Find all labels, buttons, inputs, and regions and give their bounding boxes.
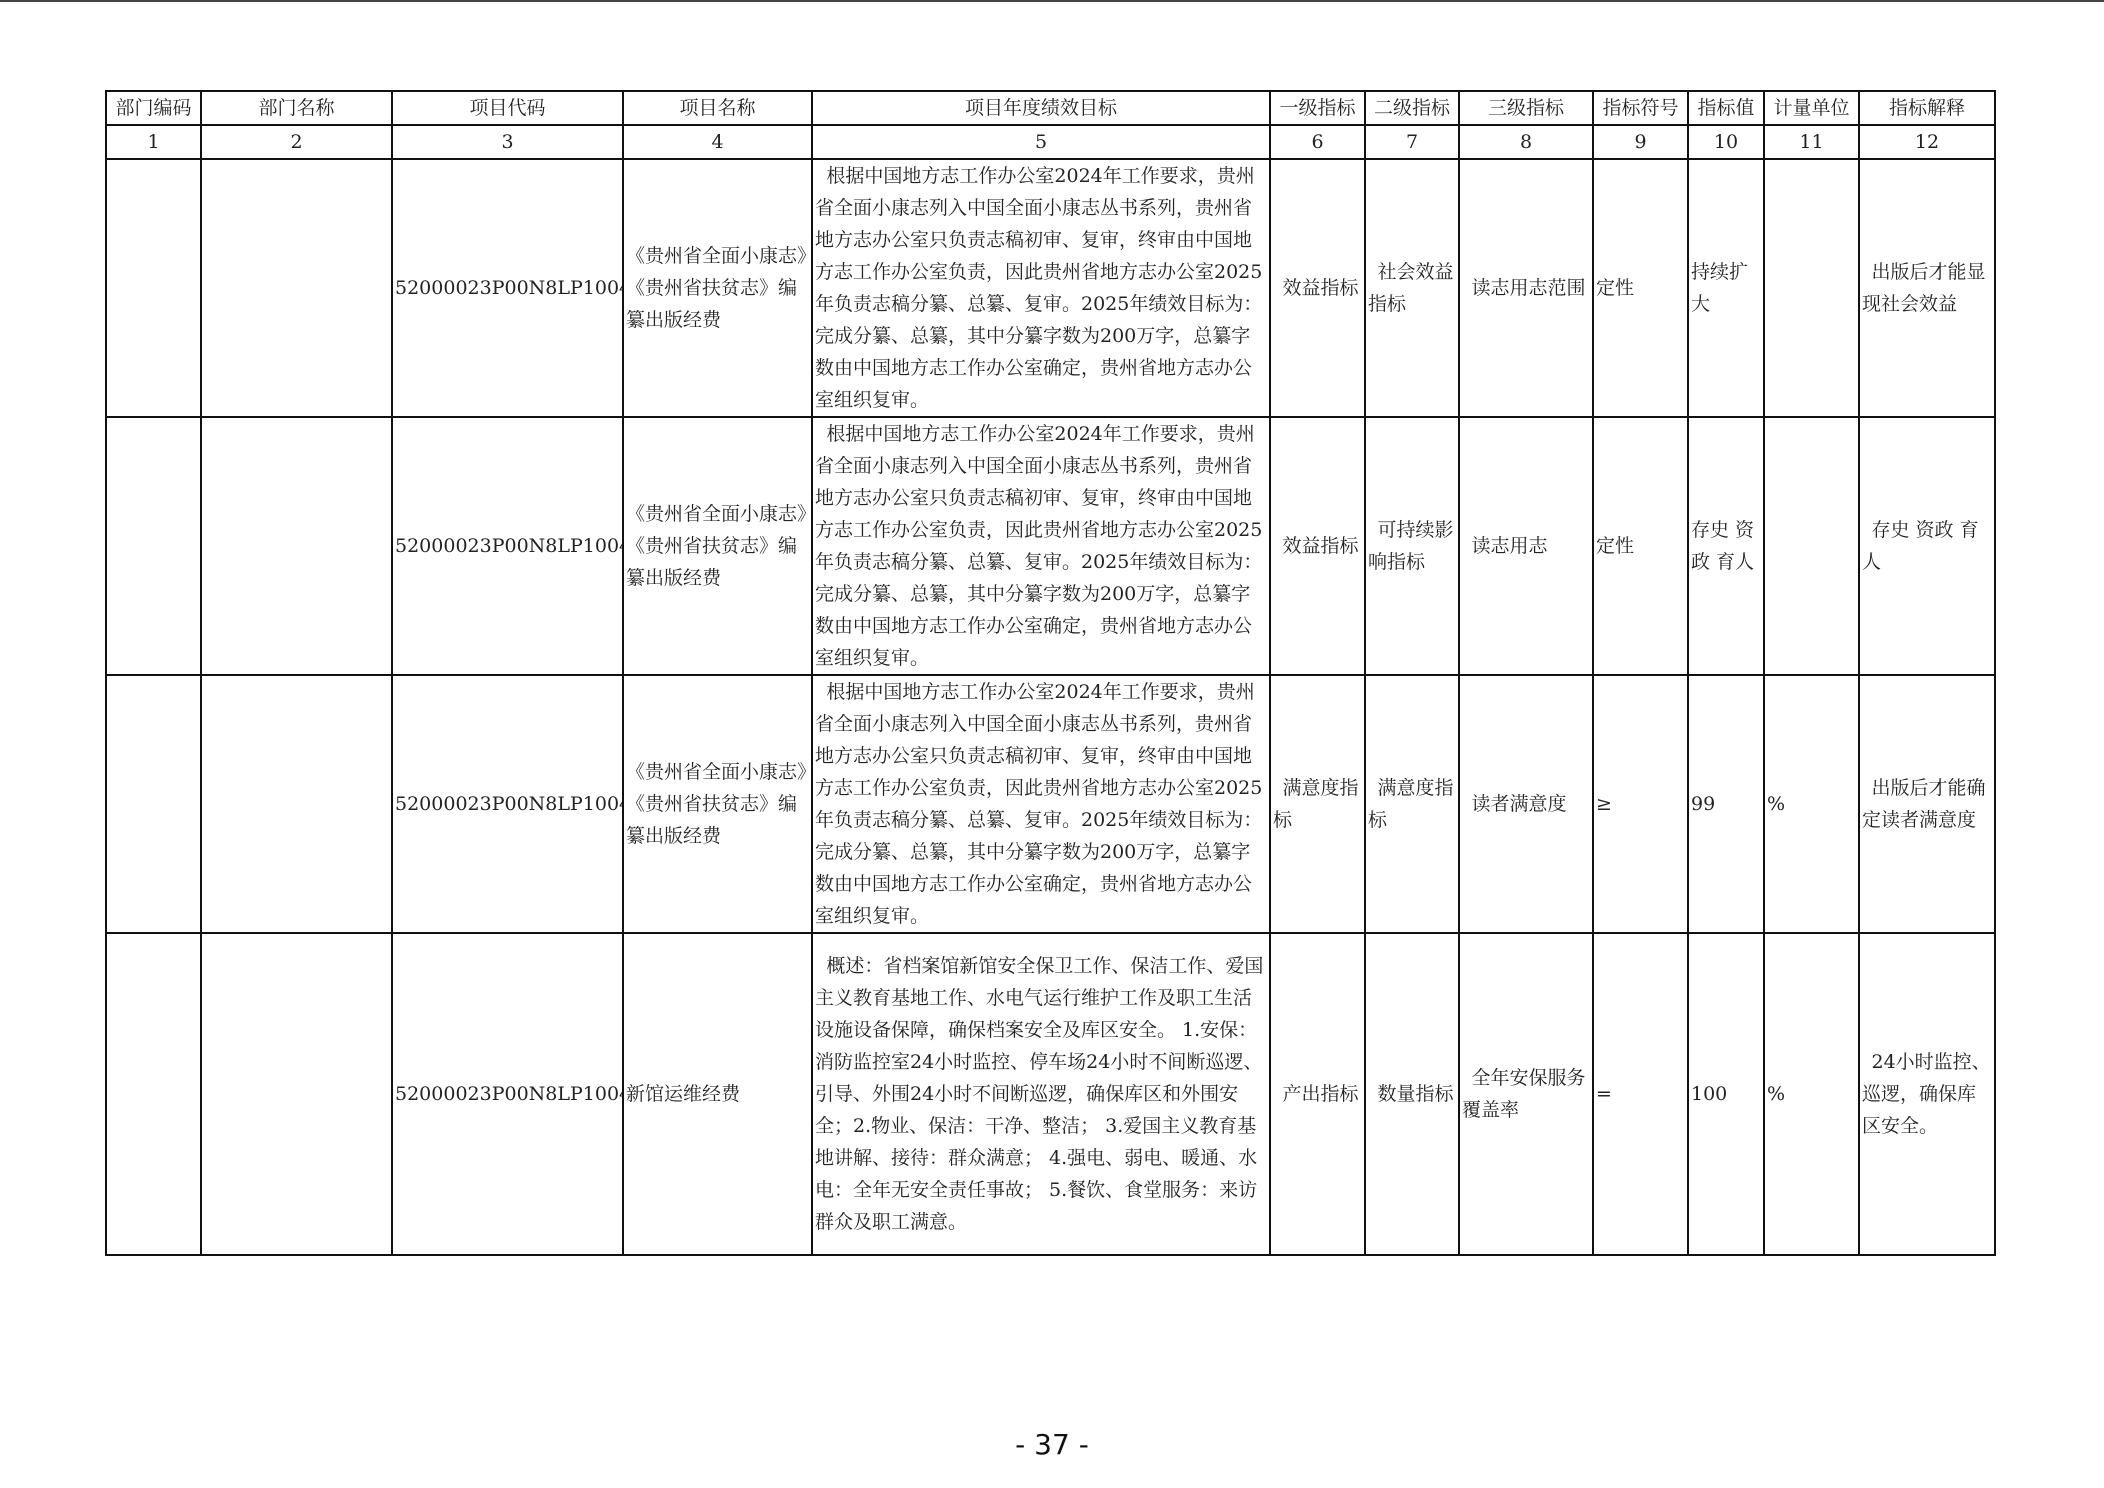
- indicator-value-cell: 99: [1688, 675, 1764, 933]
- header-project-code: 项目代码: [392, 91, 623, 125]
- table-row: 52000023P00N8LP10042L 《贵州省全面小康志》《贵州省扶贫志》…: [106, 675, 1995, 933]
- header-explanation: 指标解释: [1859, 91, 1995, 125]
- top-border-line: [0, 0, 2104, 2]
- indicator-symbol-cell: =: [1593, 933, 1688, 1255]
- column-number: 10: [1688, 125, 1764, 159]
- dept-name-cell: [201, 417, 392, 675]
- annual-goal-cell: 根据中国地方志工作办公室2024年工作要求，贵州省全面小康志列入中国全面小康志丛…: [812, 675, 1270, 933]
- indicator-symbol-cell: 定性: [1593, 417, 1688, 675]
- level1-indicator-cell: 效益指标: [1270, 417, 1365, 675]
- dept-code-cell: [106, 675, 201, 933]
- header-level1-indicator: 一级指标: [1270, 91, 1365, 125]
- performance-target-table: 部门编码 部门名称 项目代码 项目名称 项目年度绩效目标 一级指标 二级指标 三…: [105, 90, 1996, 1256]
- explanation-cell: 24小时监控、巡逻，确保库区安全。: [1859, 933, 1995, 1255]
- dept-name-cell: [201, 159, 392, 417]
- level3-indicator-cell: 读志用志范围: [1459, 159, 1593, 417]
- unit-cell: %: [1764, 933, 1859, 1255]
- dept-code-cell: [106, 159, 201, 417]
- header-unit: 计量单位: [1764, 91, 1859, 125]
- page-number: - 37 -: [0, 1428, 2104, 1461]
- project-code-cell: 52000023P00N8LP10042L: [392, 159, 623, 417]
- annual-goal-cell: 根据中国地方志工作办公室2024年工作要求，贵州省全面小康志列入中国全面小康志丛…: [812, 417, 1270, 675]
- table-row: 52000023P00N8LP10042L 《贵州省全面小康志》《贵州省扶贫志》…: [106, 159, 1995, 417]
- level3-indicator-cell: 全年安保服务覆盖率: [1459, 933, 1593, 1255]
- project-name-cell: 《贵州省全面小康志》《贵州省扶贫志》编纂出版经费: [623, 159, 812, 417]
- level2-indicator-cell: 社会效益指标: [1365, 159, 1459, 417]
- annual-goal-cell: 概述：省档案馆新馆安全保卫工作、保洁工作、爱国主义教育基地工作、水电气运行维护工…: [812, 933, 1270, 1255]
- column-number: 7: [1365, 125, 1459, 159]
- indicator-value-cell: 100: [1688, 933, 1764, 1255]
- dept-name-cell: [201, 933, 392, 1255]
- header-row: 部门编码 部门名称 项目代码 项目名称 项目年度绩效目标 一级指标 二级指标 三…: [106, 91, 1995, 125]
- explanation-cell: 出版后才能显现社会效益: [1859, 159, 1995, 417]
- column-number: 8: [1459, 125, 1593, 159]
- level3-indicator-cell: 读志用志: [1459, 417, 1593, 675]
- level2-indicator-cell: 满意度指标: [1365, 675, 1459, 933]
- column-number: 12: [1859, 125, 1995, 159]
- level3-indicator-cell: 读者满意度: [1459, 675, 1593, 933]
- column-number: 2: [201, 125, 392, 159]
- table-row: 52000023P00N8LP10042L 《贵州省全面小康志》《贵州省扶贫志》…: [106, 417, 1995, 675]
- annual-goal-cell: 根据中国地方志工作办公室2024年工作要求，贵州省全面小康志列入中国全面小康志丛…: [812, 159, 1270, 417]
- unit-cell: [1764, 159, 1859, 417]
- project-code-cell: 52000023P00N8LP10042L: [392, 675, 623, 933]
- project-name-cell: 《贵州省全面小康志》《贵州省扶贫志》编纂出版经费: [623, 675, 812, 933]
- unit-cell: [1764, 417, 1859, 675]
- header-dept-code: 部门编码: [106, 91, 201, 125]
- indicator-value-cell: 存史 资政 育人: [1688, 417, 1764, 675]
- column-number: 9: [1593, 125, 1688, 159]
- column-number: 3: [392, 125, 623, 159]
- unit-cell: %: [1764, 675, 1859, 933]
- level2-indicator-cell: 可持续影响指标: [1365, 417, 1459, 675]
- header-level3-indicator: 三级指标: [1459, 91, 1593, 125]
- dept-name-cell: [201, 675, 392, 933]
- project-name-cell: 《贵州省全面小康志》《贵州省扶贫志》编纂出版经费: [623, 417, 812, 675]
- column-number: 6: [1270, 125, 1365, 159]
- header-project-name: 项目名称: [623, 91, 812, 125]
- dept-code-cell: [106, 933, 201, 1255]
- project-code-cell: 52000023P00N8LP10042L: [392, 417, 623, 675]
- column-number-row: 1 2 3 4 5 6 7 8 9 10 11 12: [106, 125, 1995, 159]
- level1-indicator-cell: 效益指标: [1270, 159, 1365, 417]
- header-dept-name: 部门名称: [201, 91, 392, 125]
- indicator-symbol-cell: ≥: [1593, 675, 1688, 933]
- header-level2-indicator: 二级指标: [1365, 91, 1459, 125]
- column-number: 1: [106, 125, 201, 159]
- dept-code-cell: [106, 417, 201, 675]
- level1-indicator-cell: 产出指标: [1270, 933, 1365, 1255]
- table-row: 52000023P00N8LP100463 新馆运维经费 概述：省档案馆新馆安全…: [106, 933, 1995, 1255]
- header-indicator-value: 指标值: [1688, 91, 1764, 125]
- column-number: 4: [623, 125, 812, 159]
- explanation-cell: 出版后才能确定读者满意度: [1859, 675, 1995, 933]
- column-number: 5: [812, 125, 1270, 159]
- explanation-cell: 存史 资政 育人: [1859, 417, 1995, 675]
- indicator-value-cell: 持续扩大: [1688, 159, 1764, 417]
- project-code-cell: 52000023P00N8LP100463: [392, 933, 623, 1255]
- level1-indicator-cell: 满意度指标: [1270, 675, 1365, 933]
- level2-indicator-cell: 数量指标: [1365, 933, 1459, 1255]
- header-annual-goal: 项目年度绩效目标: [812, 91, 1270, 125]
- project-name-cell: 新馆运维经费: [623, 933, 812, 1255]
- indicator-symbol-cell: 定性: [1593, 159, 1688, 417]
- header-indicator-symbol: 指标符号: [1593, 91, 1688, 125]
- column-number: 11: [1764, 125, 1859, 159]
